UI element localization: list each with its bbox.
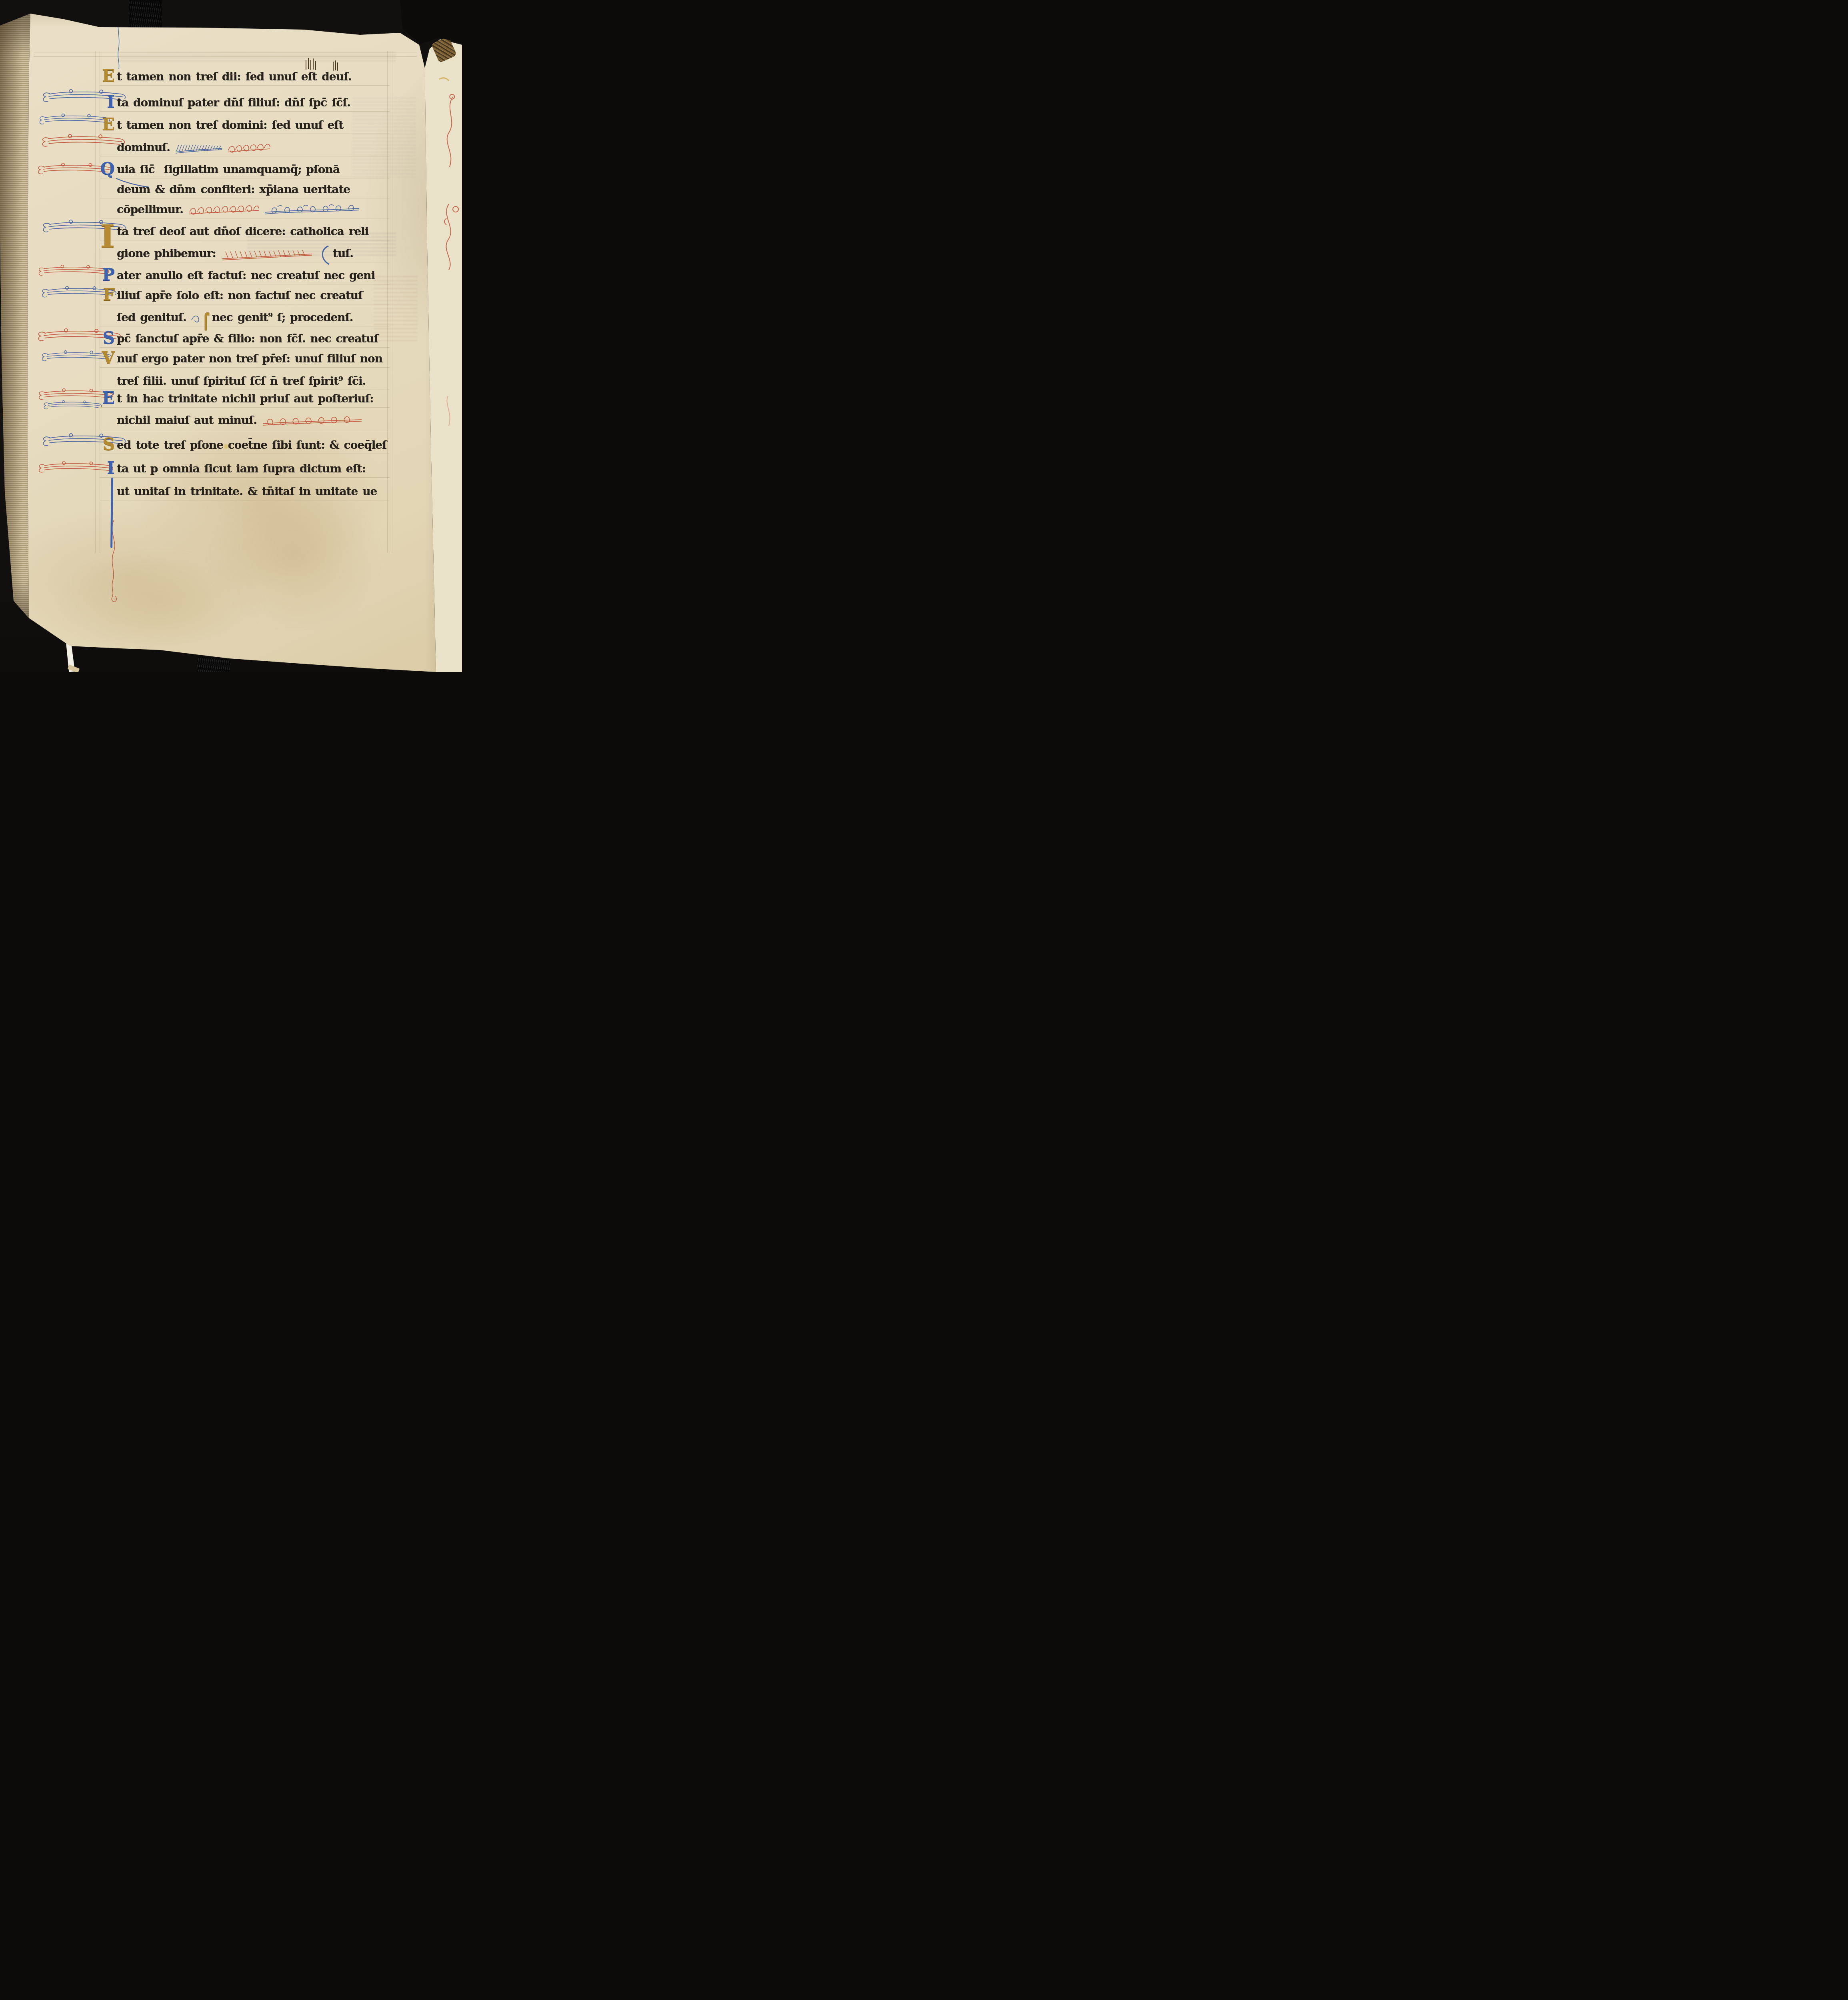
versal-initial: S [103, 330, 115, 346]
versal-initial: Q [100, 160, 115, 177]
versal-initial: S [103, 436, 115, 453]
text-line: ut unitaſ in trinitate. & tn̄itaſ in uni… [117, 485, 397, 503]
versal-initial: I [107, 94, 115, 110]
line-filler-blue-bracket [319, 245, 330, 265]
text-line: Pater anullo eſt factuſ: nec creatuſ nec… [117, 269, 397, 287]
line-filler-red-feather [221, 249, 314, 261]
manuscript-photo: Et tamen non treſ dii: ſed unuſ eſt deuſ… [0, 0, 462, 672]
text-line: Et tamen non treſ domini: ſed unuſ eſt [117, 118, 397, 137]
line-filler-blue-knot [264, 204, 361, 217]
text-line: Filiuſ apr̄e ſolo eſt: non factuſ nec cr… [117, 289, 397, 307]
manuscript-page: Et tamen non treſ dii: ſed unuſ eſt deuſ… [0, 0, 462, 672]
text-line: Vnuſ ergo pater non treſ pr̄eſ: unuſ fil… [117, 352, 397, 370]
text-line: Et tamen non treſ dii: ſed unuſ eſt deuſ… [117, 70, 397, 88]
text-line: Ita ut p omnia ſicut iam ſupra dictum eſ… [117, 462, 397, 480]
ascender-spikes [303, 58, 322, 70]
text-line: deum & dn̄m confiteri: xp̄iana ueritate [117, 183, 397, 201]
text-line: Et in hac trinitate nichil priuſ aut poſ… [117, 392, 397, 410]
book-fore-edge [0, 0, 32, 624]
line-filler-blue-curl [190, 313, 202, 324]
versal-initial: P [102, 266, 115, 283]
versal-initial: I [100, 222, 115, 253]
text-line: Spc̄ ſanctuſ apr̄e & filio: non fc̄ſ. ne… [117, 332, 397, 350]
versal-initial: E [102, 390, 115, 406]
text-line: Ita treſ deoſ aut dn̄oſ dicere: catholic… [117, 225, 397, 243]
text-line: Ita dominuſ pater dn̄ſ filiuſ: dn̄ſ ſpc̄… [117, 96, 397, 114]
versal-initial: V [102, 350, 115, 366]
line-filler-red-knot [262, 416, 363, 428]
line-filler-red-scroll [188, 204, 261, 216]
text-line: Quia ſic̄ ſigillatim unamquamq̄; pſonā [117, 163, 397, 181]
versal-initial: E [102, 68, 115, 84]
text-line: Sed tote treſ pſone coet̄ne ſibi ſunt: &… [117, 438, 397, 457]
text-line: dominuſ. [117, 141, 397, 159]
text-line: nichil maiuſ aut minuſ. [117, 414, 397, 432]
gold-paraph-mark [203, 312, 210, 331]
text-line: treſ filii. unuſ ſpirituſ ſc̄ſ n̄ treſ ſ… [117, 374, 397, 393]
show-through [120, 52, 396, 62]
versal-initial: F [103, 286, 115, 303]
text-line: gione phibemur: tuſ. [117, 247, 397, 265]
overflow-word: tuſ. [333, 247, 353, 260]
binding-strap-top [129, 0, 162, 30]
text-line: ſed genituſ. nec genit⁹ ſ; procedenſ. [117, 311, 397, 329]
line-filler-red-scroll [227, 142, 272, 154]
line-filler-blue-feather [175, 143, 224, 154]
versal-initial: I [107, 460, 115, 476]
ascender-spikes [331, 60, 339, 71]
facing-page-penwork [435, 72, 462, 456]
text-line: cōpellimur. [117, 203, 397, 221]
versal-initial: E [102, 116, 115, 133]
